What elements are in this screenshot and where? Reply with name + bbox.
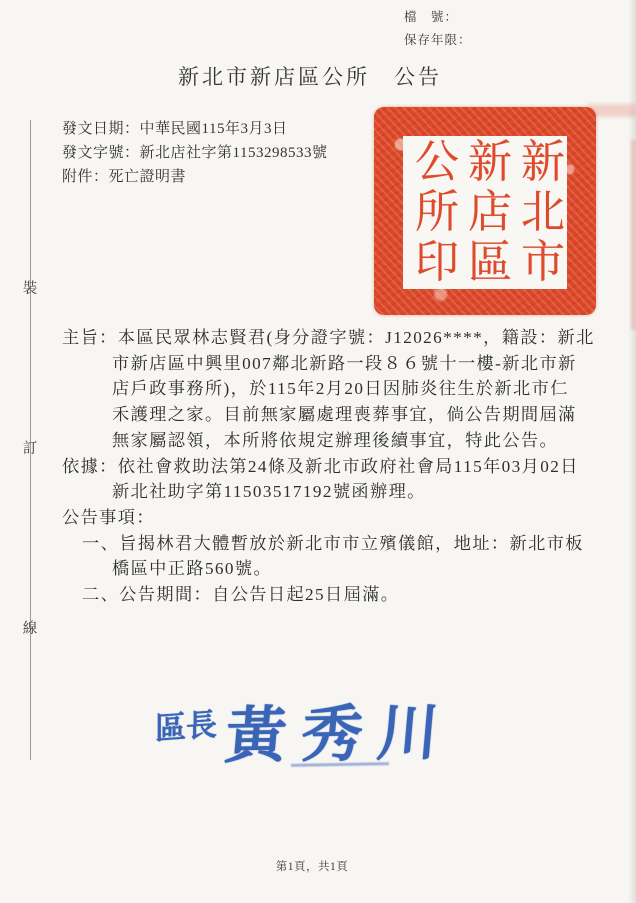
seal-column-right: 新北市 [513, 138, 563, 288]
body-line: 主旨：本區民眾林志賢君(身分證字號：J12026****，籍設：新北 [62, 325, 584, 351]
attachment-line: 附件：死亡證明書 [62, 165, 327, 189]
seal-inner-face: 新北市 新店區 公所印 [403, 136, 567, 289]
retention-period-label: 保存年限： [404, 29, 472, 52]
body-line: 無家屬認領，本所將依規定辦理後續事宜，特此公告。 [62, 428, 584, 454]
body-line: 市新店區中興里007鄰北新路一段８６號十一樓-新北市新 [62, 351, 584, 377]
signature-name: 黃秀川 [222, 684, 458, 775]
document-title: 新北市新店區公所 公告 [0, 61, 620, 91]
announcement-document-page: 檔 號： 保存年限： 新北市新店區公所 公告 發文日期：中華民國115年3月3日… [0, 0, 636, 903]
seal-column-left: 公所印 [407, 138, 457, 288]
body-line: 店戶政事務所)，於115年2月20日因肺炎往生於新北市仁 [62, 376, 584, 402]
document-meta: 發文日期：中華民國115年3月3日 發文字號：新北店社字第1153298533號… [62, 117, 327, 189]
file-number-label: 檔 號： [404, 6, 472, 29]
body-line: 新北社助字第11503517192號函辦理。 [62, 479, 584, 505]
document-number-line: 發文字號：新北店社字第1153298533號 [62, 141, 327, 165]
body-line: 一、旨揭林君大體暫放於新北市市立殯儀館，地址：新北市板 [62, 531, 584, 557]
body-line: 公告事項： [62, 505, 584, 531]
body-line: 依據：依社會救助法第24條及新北市政府社會局115年03月02日 [62, 454, 584, 480]
page-number-footer: 第1頁，共1頁 [0, 858, 624, 874]
archive-labels: 檔 號： 保存年限： [404, 6, 472, 52]
issue-date-line: 發文日期：中華民國115年3月3日 [62, 117, 327, 141]
body-line: 橋區中正路560號。 [62, 556, 584, 582]
body-line: 二、公告期間：自公告日起25日屆滿。 [62, 582, 584, 608]
signature-title: 區長 [155, 699, 217, 748]
binding-mark-xian: 線 [16, 617, 44, 638]
body-line: 禾護理之家。目前無家屬處理喪葬事宜，倘公告期間屆滿 [62, 402, 584, 428]
seal-column-middle: 新店區 [460, 138, 510, 288]
official-red-seal: 新北市 新店區 公所印 [374, 107, 596, 315]
binding-mark-zhuang: 裝 [16, 277, 44, 298]
scan-edge-shadow [628, 0, 636, 903]
seal-ink-edge-smear [631, 140, 636, 330]
announcement-body: 主旨：本區民眾林志賢君(身分證字號：J12026****，籍設：新北 市新店區中… [62, 325, 584, 608]
binding-mark-ding: 訂 [16, 437, 44, 458]
